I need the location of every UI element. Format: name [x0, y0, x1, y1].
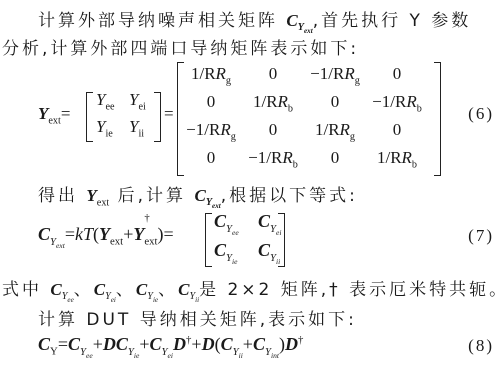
block-ei: Yei	[129, 90, 146, 110]
symbol-c-y-ext: CYext	[194, 186, 220, 205]
block-ee: Yee	[96, 90, 115, 110]
matrix-cell: 0	[180, 148, 242, 168]
symbol-c-y-ext: CYext	[286, 11, 312, 30]
equation-number-7: (7)	[468, 226, 494, 246]
paragraph-1-line-1: 计算外部导纳噪声相关矩阵 CYext,首先执行 Y 参数	[38, 6, 471, 31]
symbol-c-y-ee: CYee	[50, 280, 73, 299]
matrix-cell: −1/RRg	[180, 120, 242, 140]
symbol-c-y-ii: CYii	[178, 280, 199, 299]
block-ie: Yie	[96, 117, 113, 137]
matrix-cell: −1/RRb	[242, 148, 304, 168]
matrix-cell: 1/RRg	[180, 64, 242, 84]
block-ii: Yii	[129, 117, 144, 137]
matrix-cell: 1/RRb	[242, 92, 304, 112]
matrix-cell: 0	[304, 148, 366, 168]
equation-number-6: (6)	[468, 104, 494, 124]
eq8-expression: CY=CYee+DCYie+CYeiD†+D(CYii+CYint)D†	[38, 334, 303, 356]
matrix-cell: 0	[180, 92, 242, 112]
matrix-cell: 0	[304, 92, 366, 112]
paragraph-3: 式中 CYee、CYei、CYie、CYii是 2×2 矩阵,† 表示厄米特共轭…	[2, 275, 504, 300]
c-y-ie: CYie	[214, 240, 237, 262]
matrix-cell: 1/RRg	[304, 120, 366, 140]
matrix-cell: 0	[242, 64, 304, 84]
matrix-cell: −1/RRg	[304, 64, 366, 84]
matrix-right-bracket	[434, 62, 441, 176]
equation-number-8: (8)	[468, 336, 494, 356]
eq6-lhs: Yext=	[38, 104, 70, 124]
right-bracket	[154, 92, 161, 142]
text: 计算外部导纳噪声相关矩阵	[38, 11, 278, 31]
matrix-right-bracket	[278, 213, 285, 267]
paragraph-4: 计算 DUT 导纳相关矩阵,表示如下:	[38, 305, 357, 330]
matrix-cell: 1/RRb	[366, 148, 428, 168]
c-y-ii: CYii	[258, 240, 280, 262]
text: ,首先执行 Y 参数	[313, 11, 472, 31]
eq7-lhs: CYext=kT(Yext+Y†ext)=	[38, 224, 174, 246]
c-y-ee: CYee	[214, 211, 239, 233]
left-bracket	[86, 92, 93, 142]
matrix-cell: 0	[366, 64, 428, 84]
symbol-y-ext: Yext	[86, 186, 109, 205]
paragraph-1-line-2: 分析,计算外部四端口导纳矩阵表示如下:	[2, 34, 359, 59]
matrix-left-bracket	[205, 213, 212, 267]
equals: =	[164, 104, 174, 124]
paragraph-2: 得出 Yext 后,计算 CYext,根据以下等式:	[38, 181, 358, 206]
symbol-c-y-ei: CYei	[94, 280, 116, 299]
symbol-c-y-ie: CYie	[136, 280, 158, 299]
matrix-cell: 0	[242, 120, 304, 140]
matrix-cell: −1/RRb	[366, 92, 428, 112]
matrix-cell: 0	[366, 120, 428, 140]
